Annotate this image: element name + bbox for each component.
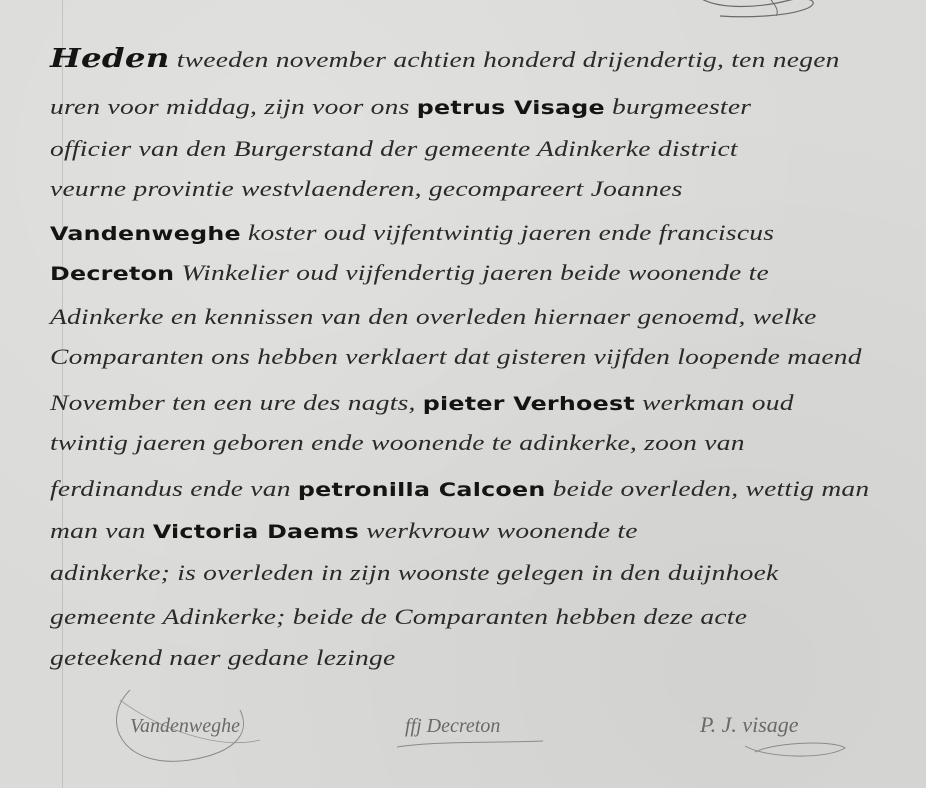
signature-block: Vandenweghe ffj Decreton P. J. visage (0, 690, 926, 788)
record-text: werkvrouw woonende te (359, 518, 638, 543)
record-line: Decreton Winkelier oud vijfendertig jaer… (50, 260, 769, 286)
record-text: beide overleden, wettig man (546, 476, 870, 501)
record-text: tweeden november achtien honderd drijend… (170, 47, 840, 72)
person-name: Vandenweghe (50, 223, 241, 245)
record-text: ferdinandus ende van (50, 476, 298, 501)
person-name: petronilla Calcoen (298, 479, 546, 501)
record-text: man van (50, 518, 153, 543)
person-name: petrus Visage (417, 97, 605, 119)
record-line: ferdinandus ende van petronilla Calcoen … (50, 476, 869, 502)
record-text: veurne provintie westvlaenderen, gecompa… (50, 176, 683, 201)
record-line: man van Victoria Daems werkvrouw woonend… (50, 518, 638, 544)
record-line: officier van den Burgerstand der gemeent… (50, 136, 738, 162)
record-line: twintig jaeren geboren ende woonende te … (50, 430, 745, 456)
record-line: uren voor middag, zijn voor ons petrus V… (50, 94, 751, 120)
record-line: Vandenweghe koster oud vijfentwintig jae… (50, 220, 774, 246)
record-line: gemeente Adinkerke; beide de Comparanten… (50, 604, 747, 630)
person-name: pieter Verhoest (423, 393, 635, 415)
record-line: November ten een ure des nagts, pieter V… (50, 390, 794, 416)
document-page: Heden tweeden november achtien honderd d… (0, 0, 926, 788)
person-name: Decreton (50, 263, 174, 285)
record-line: Adinkerke en kennissen van den overleden… (50, 304, 817, 330)
record-line: Heden tweeden november achtien honderd d… (50, 44, 840, 74)
record-text: Winkelier oud vijfendertig jaeren beide … (174, 260, 769, 285)
signature-visage: P. J. visage (700, 712, 799, 738)
record-text: koster oud vijfentwintig jaeren ende fra… (241, 220, 774, 245)
person-name: Victoria Daems (153, 521, 359, 543)
record-text: uren voor middag, zijn voor ons (50, 94, 417, 119)
record-line: veurne provintie westvlaenderen, gecompa… (50, 176, 683, 202)
opening-word: Heden (50, 44, 170, 74)
record-text: gemeente Adinkerke; beide de Comparanten… (50, 604, 747, 629)
record-text: November ten een ure des nagts, (50, 390, 423, 415)
record-text: werkman oud (635, 390, 794, 415)
record-text: officier van den Burgerstand der gemeent… (50, 136, 738, 161)
record-line: geteekend naer gedane lezinge (50, 645, 396, 671)
signature-vandenweghe: Vandenweghe (130, 715, 240, 738)
record-text: twintig jaeren geboren ende woonende te … (50, 430, 745, 455)
record-text: Comparanten ons hebben verklaert dat gis… (50, 344, 862, 369)
record-line: adinkerke; is overleden in zijn woonste … (50, 560, 779, 586)
record-text: burgmeester (605, 94, 751, 119)
record-line: Comparanten ons hebben verklaert dat gis… (50, 344, 862, 370)
record-text: geteekend naer gedane lezinge (50, 645, 396, 670)
record-text: Adinkerke en kennissen van den overleden… (50, 304, 817, 329)
record-text: adinkerke; is overleden in zijn woonste … (50, 560, 779, 585)
top-flourish-icon (690, 0, 830, 24)
signature-flourish-visage-icon (735, 738, 855, 768)
signature-underline-icon (395, 735, 545, 755)
